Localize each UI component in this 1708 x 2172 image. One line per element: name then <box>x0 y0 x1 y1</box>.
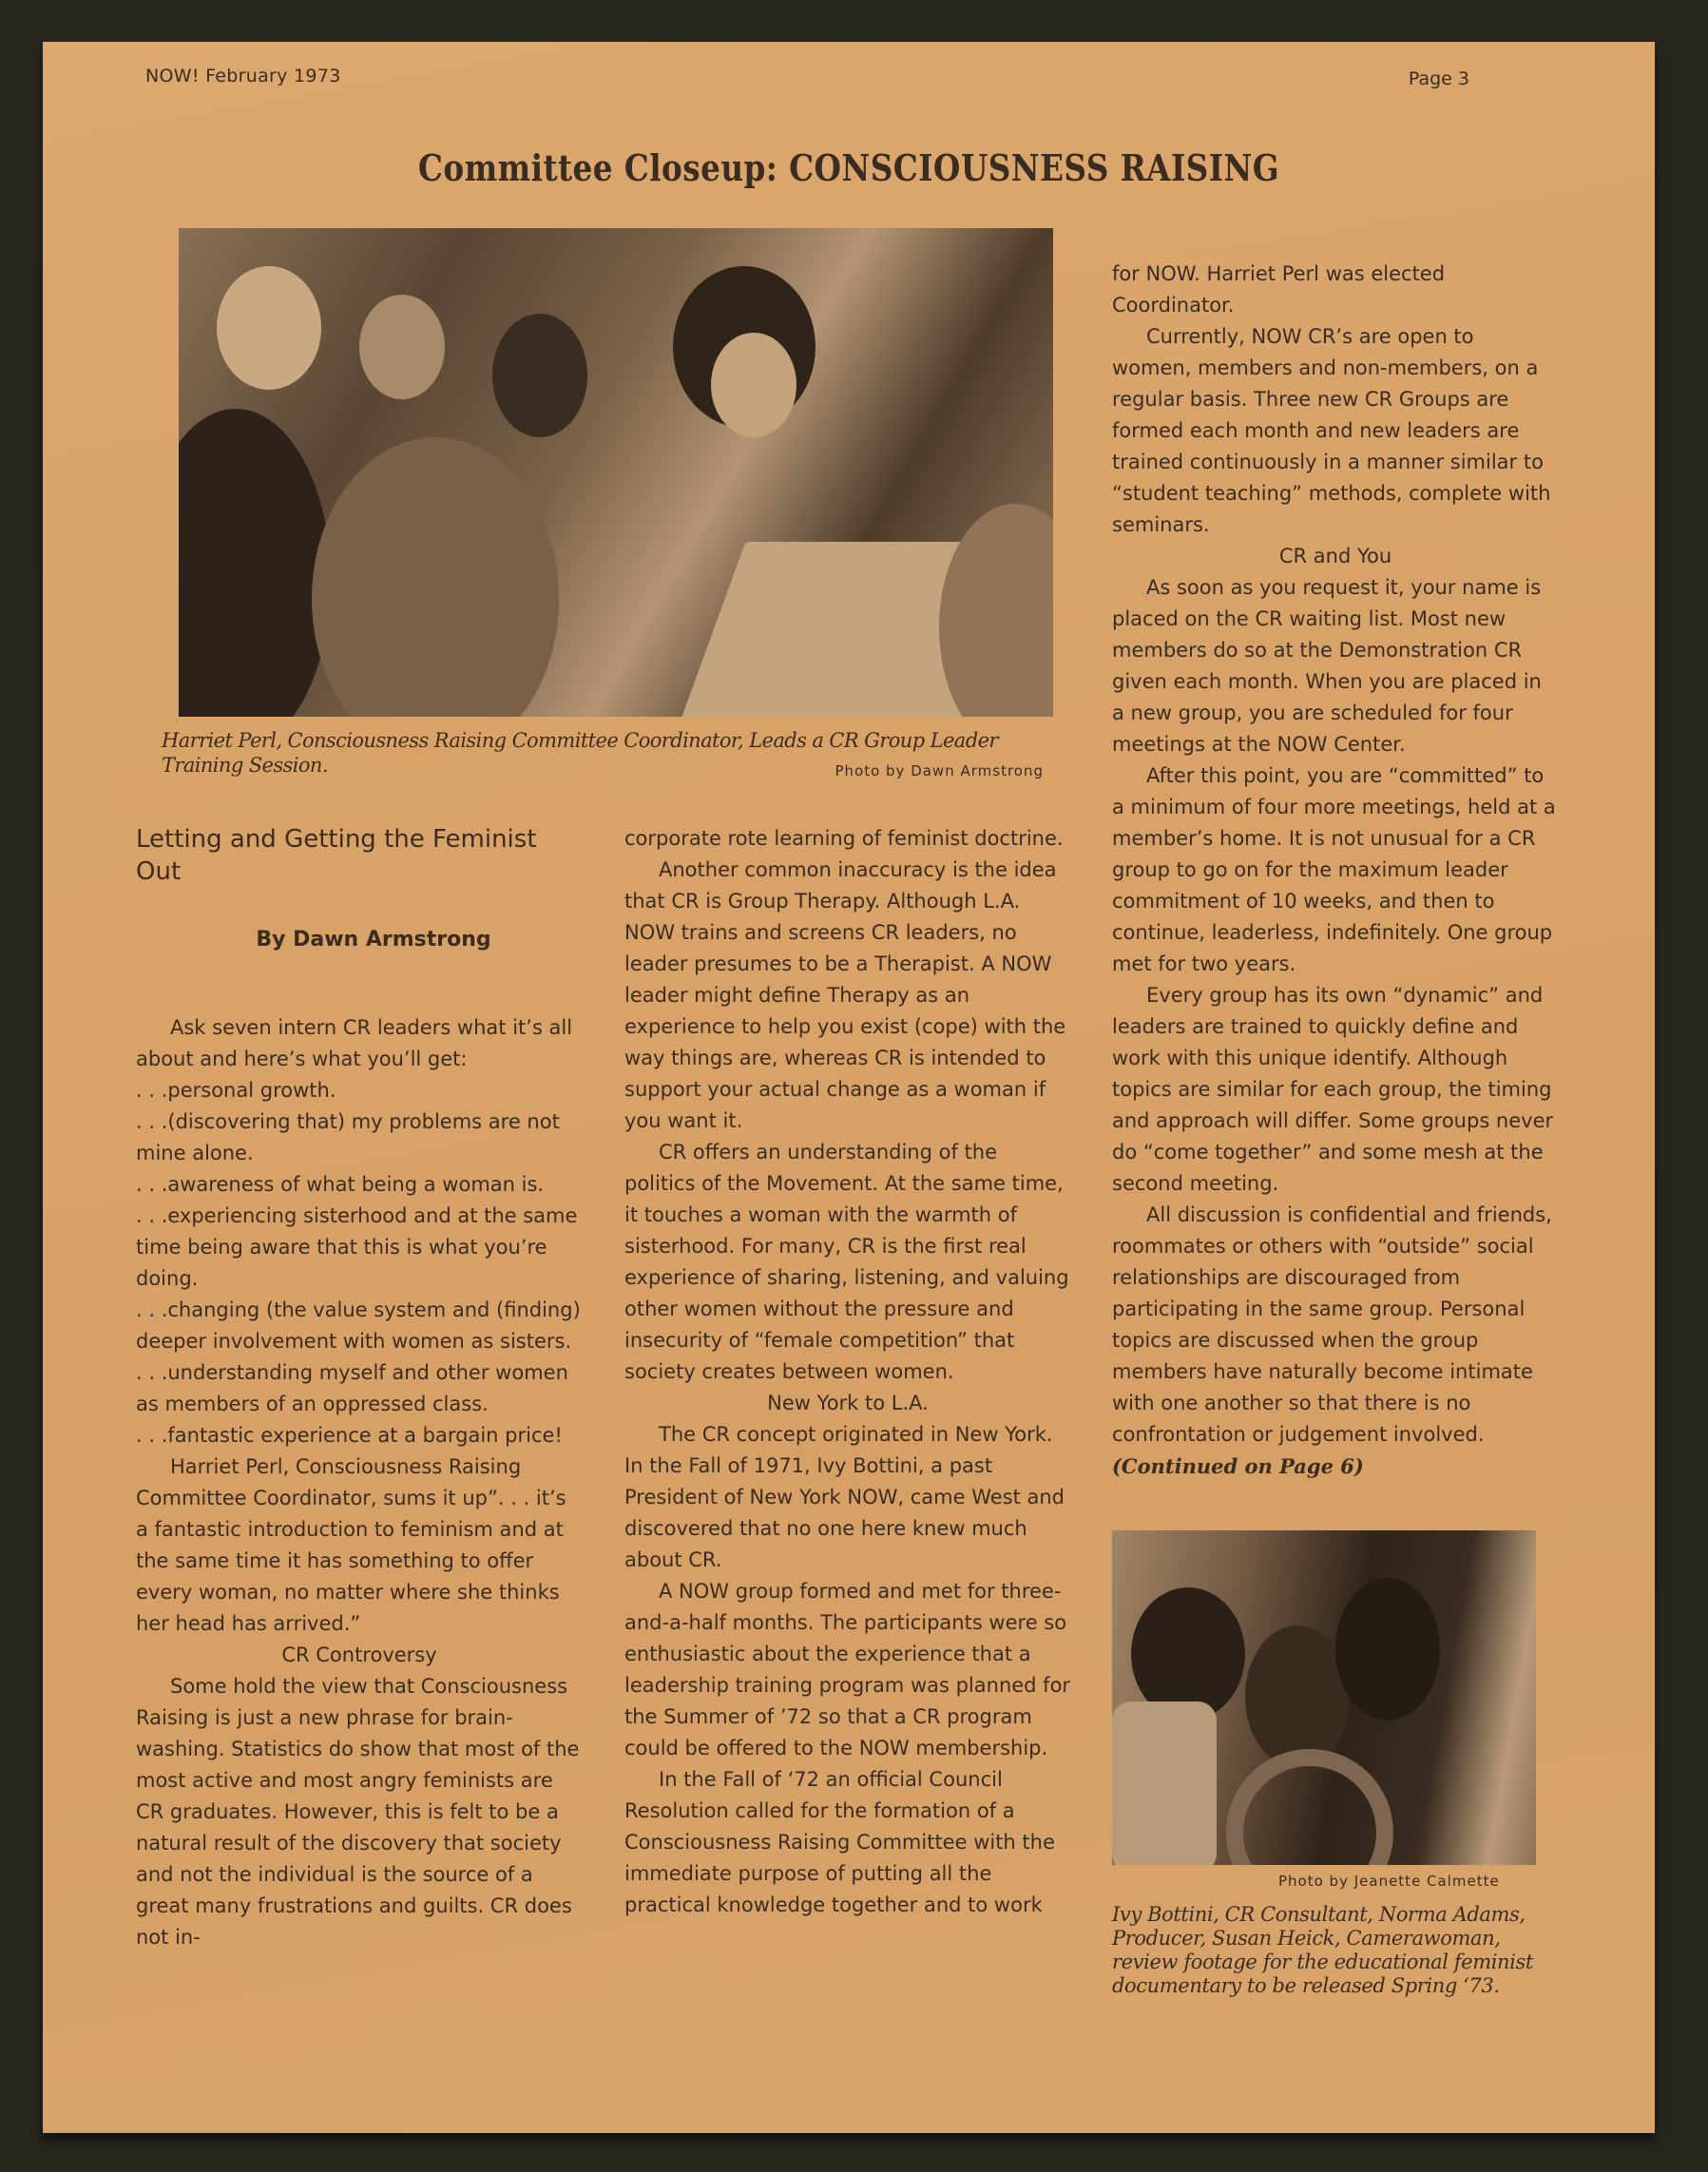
paragraph: Another common inaccuracy is the idea th… <box>624 855 1071 1137</box>
list-item: . . .fantastic experience at a bargain p… <box>136 1420 583 1451</box>
paragraph: In the Fall of ‘72 an official Council R… <box>624 1764 1071 1921</box>
list-item: . . .understanding myself and other wome… <box>136 1357 583 1420</box>
paragraph: After this point, you are “committed” to… <box>1112 760 1559 980</box>
list-item: . . .(discovering that) my problems are … <box>136 1106 583 1169</box>
page-number: Page 3 <box>1409 68 1469 89</box>
small-photo-credit: Photo by Jeanette Calmette <box>1278 1873 1500 1890</box>
article-headline: Letting and Getting the Feminist Out <box>136 823 583 888</box>
paragraph: As soon as you request it, your name is … <box>1112 572 1559 760</box>
subheading: CR and You <box>1112 541 1559 572</box>
paragraph: for NOW. Harriet Perl was elected Coordi… <box>1112 259 1559 321</box>
paragraph: Harriet Perl, Consciousness Raising Comm… <box>136 1451 583 1640</box>
subheading: New York to L.A. <box>624 1388 1071 1419</box>
paragraph: Ask seven intern CR leaders what it’s al… <box>136 1012 583 1075</box>
paragraph: All discussion is confidential and frien… <box>1112 1200 1559 1451</box>
paragraph: Some hold the view that Consciousness Ra… <box>136 1671 583 1953</box>
training-session-photo <box>179 228 1053 717</box>
paragraph: The CR concept originated in New York. I… <box>624 1419 1071 1576</box>
paragraph: corporate rote learning of feminist doct… <box>624 823 1071 855</box>
article-column-2: corporate rote learning of feminist doct… <box>624 823 1071 1921</box>
paragraph: CR offers an understanding of the politi… <box>624 1137 1071 1388</box>
publication-date: NOW! February 1973 <box>145 66 341 86</box>
article-byline: By Dawn Armstrong <box>136 924 583 955</box>
paragraph: Every group has its own “dynamic” and le… <box>1112 980 1559 1200</box>
list-item: . . .changing (the value system and (fin… <box>136 1295 583 1357</box>
list-item: . . .awareness of what being a woman is. <box>136 1169 583 1201</box>
subheading: CR Controversy <box>136 1640 583 1671</box>
list-item: . . .personal growth. <box>136 1075 583 1106</box>
paragraph: Currently, NOW CR’s are open to women, m… <box>1112 321 1559 541</box>
main-photo-credit: Photo by Dawn Armstrong <box>835 762 1044 779</box>
small-photo-caption: Ivy Bottini, CR Consultant, Norma Adams,… <box>1112 1903 1540 1998</box>
documentary-photo <box>1112 1530 1536 1865</box>
list-item: . . .experiencing sisterhood and at the … <box>136 1201 583 1295</box>
paragraph: A NOW group formed and met for three-and… <box>624 1576 1071 1764</box>
continued-link: (Continued on Page 6) <box>1112 1451 1559 1482</box>
newsletter-page: NOW! February 1973 Page 3 Committee Clos… <box>43 42 1655 2133</box>
article-column-1: Letting and Getting the Feminist Out By … <box>136 823 583 1953</box>
page-title: Committee Closeup: CONSCIOUSNESS RAISING <box>156 146 1543 189</box>
article-column-3: for NOW. Harriet Perl was elected Coordi… <box>1112 259 1559 1482</box>
